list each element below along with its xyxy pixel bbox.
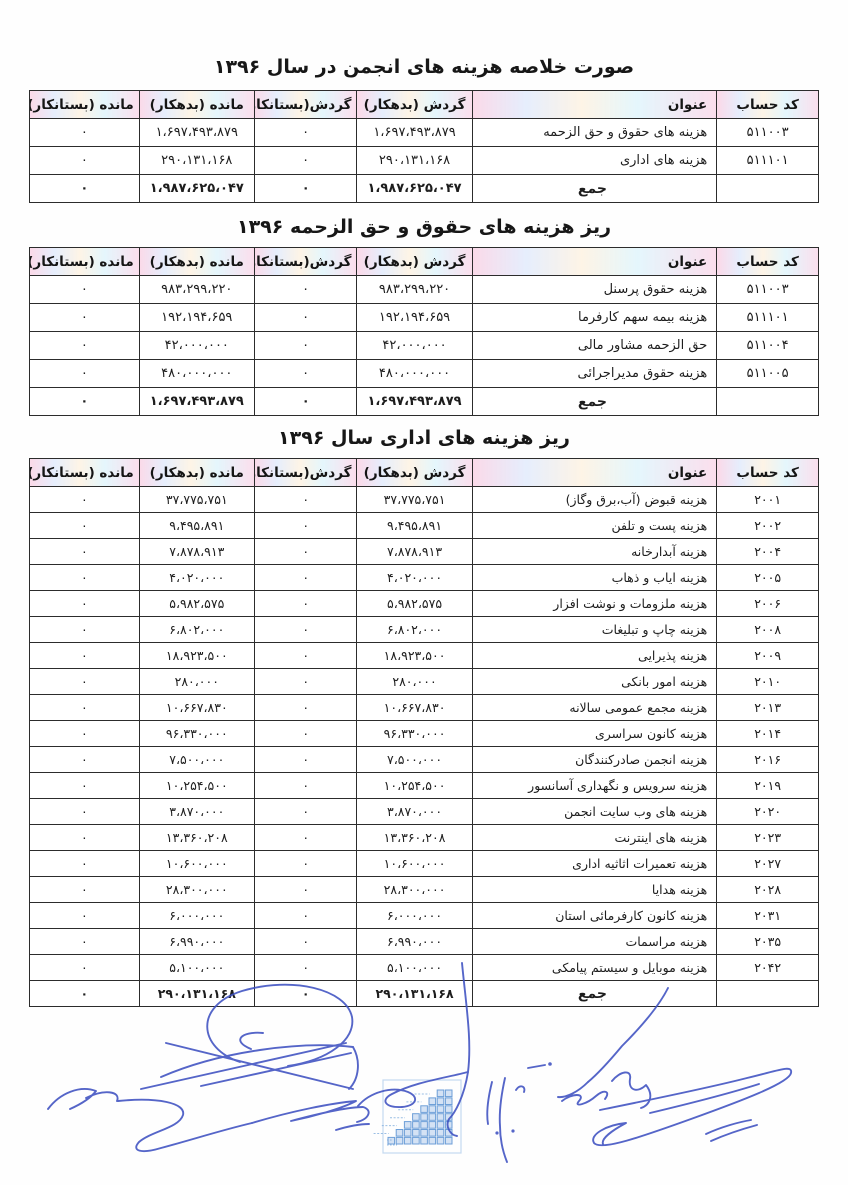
table-row: ۲۰۱۴هزینه کانون سراسری۹۶،۳۳۰،۰۰۰۰۹۶،۳۳۰،… <box>30 721 819 747</box>
balance-credit-cell: ۰ <box>30 877 140 903</box>
signature-left-hook <box>240 1033 358 1089</box>
expense-title-cell: هزینه حقوق پرسنل <box>472 276 717 304</box>
turnover-debit-cell: ۶،۰۰۰،۰۰۰ <box>357 903 472 929</box>
table-row: ۲۰۰۵هزینه ایاب و ذهاب۴،۰۲۰،۰۰۰۰۴،۰۲۰،۰۰۰… <box>30 565 819 591</box>
salary-table-wrap: کد حسابعنوانگردش (بدهکار)گردش(بستانکار)م… <box>29 247 819 416</box>
signature-right-double-dash <box>706 1120 757 1141</box>
turnover-credit-cell: ۰ <box>254 721 357 747</box>
balance-credit-cell: ۰ <box>30 276 140 304</box>
turnover-debit-cell: ۴۸۰،۰۰۰،۰۰۰ <box>357 360 472 388</box>
admin-table-wrap: کد حسابعنوانگردش (بدهکار)گردش(بستانکار)م… <box>29 458 819 1007</box>
col-header-title: عنوان <box>472 459 717 487</box>
account-code-cell: ۲۰۳۵ <box>717 929 819 955</box>
balance-credit-cell: ۰ <box>30 539 140 565</box>
expense-title-cell: حق الزحمه مشاور مالی <box>472 332 717 360</box>
account-code-cell: ۵۱۱۰۰۵ <box>717 360 819 388</box>
expense-title-cell: هزینه امور بانکی <box>472 669 717 695</box>
balance-credit-cell: ۰ <box>30 360 140 388</box>
account-code-cell: ۲۰۲۷ <box>717 851 819 877</box>
turnover-credit-cell: ۰ <box>254 617 357 643</box>
turnover-credit-cell: ۰ <box>254 981 357 1007</box>
balance-credit-cell: ۰ <box>30 643 140 669</box>
turnover-debit-cell: ۱۸،۹۲۳،۵۰۰ <box>357 643 472 669</box>
handwriting-right-small <box>558 1072 650 1108</box>
summary-table-wrap: کد حسابعنوانگردش (بدهکار)گردش(بستانکار)م… <box>29 90 819 203</box>
turnover-credit-cell: ۰ <box>254 360 357 388</box>
table-row: ۲۰۲۷هزینه تعمیرات اثاثیه اداری۱۰،۶۰۰،۰۰۰… <box>30 851 819 877</box>
expense-title-cell: هزینه پست و تلفن <box>472 513 717 539</box>
scanned-document-page: صورت خلاصه هزینه های انجمن در سال ۱۳۹۶ ک… <box>0 0 848 1185</box>
table-row: ۲۰۰۲هزینه پست و تلفن۹،۴۹۵،۸۹۱۰۹،۴۹۵،۸۹۱۰ <box>30 513 819 539</box>
total-label-cell: جمع <box>472 388 717 416</box>
expense-title-cell: هزینه کانون سراسری <box>472 721 717 747</box>
admin-detail-section: ریز هزینه های اداری سال ۱۳۹۶ کد حسابعنوا… <box>0 427 848 1007</box>
col-header-account-code: کد حساب <box>717 91 819 119</box>
balance-debit-cell: ۱۰،۶۰۰،۰۰۰ <box>139 851 254 877</box>
col-header-balance-credit: مانده (بستانکار) <box>30 248 140 276</box>
signature-center-swoosh <box>358 1072 468 1107</box>
account-code-cell: ۲۰۱۰ <box>717 669 819 695</box>
expense-title-cell: هزینه چاپ و تبلیغات <box>472 617 717 643</box>
turnover-debit-cell: ۱،۶۹۷،۴۹۳،۸۷۹ <box>357 388 472 416</box>
turnover-credit-cell: ۰ <box>254 695 357 721</box>
balance-debit-cell: ۹۶،۳۳۰،۰۰۰ <box>139 721 254 747</box>
balance-credit-cell: ۰ <box>30 929 140 955</box>
expense-title-cell: هزینه های اینترنت <box>472 825 717 851</box>
turnover-debit-cell: ۱۹۲،۱۹۴،۶۵۹ <box>357 304 472 332</box>
table-row: ۲۰۰۱هزینه قبوض (آب،برق وگاز)۳۷،۷۷۵،۷۵۱۰۳… <box>30 487 819 513</box>
account-code-cell: ۲۰۰۹ <box>717 643 819 669</box>
turnover-credit-cell: ۰ <box>254 388 357 416</box>
turnover-credit-cell: ۰ <box>254 929 357 955</box>
table-row: ۲۰۰۸هزینه چاپ و تبلیغات۶،۸۰۲،۰۰۰۰۶،۸۰۲،۰… <box>30 617 819 643</box>
summary-expenses-table: کد حسابعنوانگردش (بدهکار)گردش(بستانکار)م… <box>29 90 819 203</box>
turnover-debit-cell: ۹۸۳،۲۹۹،۲۲۰ <box>357 276 472 304</box>
balance-credit-cell: ۰ <box>30 175 140 203</box>
table-row: ۲۰۲۰هزینه های وب سایت انجمن۳،۸۷۰،۰۰۰۰۳،۸… <box>30 799 819 825</box>
total-row: جمع۱،۶۹۷،۴۹۳،۸۷۹۰۱،۶۹۷،۴۹۳،۸۷۹۰ <box>30 388 819 416</box>
ink-dot <box>548 1062 552 1066</box>
table-row: ۵۱۱۱۰۱هزینه بیمه سهم کارفرما۱۹۲،۱۹۴،۶۵۹۰… <box>30 304 819 332</box>
expense-title-cell: هزینه پذیرایی <box>472 643 717 669</box>
turnover-credit-cell: ۰ <box>254 175 357 203</box>
account-code-cell <box>717 981 819 1007</box>
table-row: ۲۰۱۰هزینه امور بانکی۲۸۰،۰۰۰۰۲۸۰،۰۰۰۰ <box>30 669 819 695</box>
expense-title-cell: هزینه مراسمات <box>472 929 717 955</box>
table-row: ۲۰۳۵هزینه مراسمات۶،۹۹۰،۰۰۰۰۶،۹۹۰،۰۰۰۰ <box>30 929 819 955</box>
col-header-balance-debit: مانده (بدهکار) <box>139 248 254 276</box>
total-label-cell: جمع <box>472 981 717 1007</box>
balance-debit-cell: ۴۸۰،۰۰۰،۰۰۰ <box>139 360 254 388</box>
balance-credit-cell: ۰ <box>30 955 140 981</box>
balance-credit-cell: ۰ <box>30 565 140 591</box>
table-row: ۲۰۱۹هزینه سرویس و نگهداری آسانسور۱۰،۲۵۴،… <box>30 773 819 799</box>
turnover-debit-cell: ۷،۵۰۰،۰۰۰ <box>357 747 472 773</box>
total-row: جمع۲۹۰،۱۳۱،۱۶۸۰۲۹۰،۱۳۱،۱۶۸۰ <box>30 981 819 1007</box>
balance-credit-cell: ۰ <box>30 119 140 147</box>
table-row: ۲۰۱۶هزینه انجمن صادرکنندگان۷،۵۰۰،۰۰۰۰۷،۵… <box>30 747 819 773</box>
turnover-credit-cell: ۰ <box>254 747 357 773</box>
account-code-cell <box>717 388 819 416</box>
balance-debit-cell: ۲۹۰،۱۳۱،۱۶۸ <box>139 981 254 1007</box>
balance-debit-cell: ۶،۸۰۲،۰۰۰ <box>139 617 254 643</box>
ink-dash <box>528 1065 545 1068</box>
col-header-balance-debit: مانده (بدهکار) <box>139 91 254 119</box>
balance-debit-cell: ۵،۱۰۰،۰۰۰ <box>139 955 254 981</box>
balance-debit-cell: ۴،۰۲۰،۰۰۰ <box>139 565 254 591</box>
table-row: ۲۰۴۲هزینه موبایل و سیستم پیامکی۵،۱۰۰،۰۰۰… <box>30 955 819 981</box>
balance-credit-cell: ۰ <box>30 747 140 773</box>
turnover-credit-cell: ۰ <box>254 903 357 929</box>
balance-debit-cell: ۱،۶۹۷،۴۹۳،۸۷۹ <box>139 388 254 416</box>
col-header-turnover-debit: گردش (بدهکار) <box>357 91 472 119</box>
balance-debit-cell: ۱۹۲،۱۹۴،۶۵۹ <box>139 304 254 332</box>
balance-debit-cell: ۹۸۳،۲۹۹،۲۲۰ <box>139 276 254 304</box>
turnover-debit-cell: ۳،۸۷۰،۰۰۰ <box>357 799 472 825</box>
table-row: ۲۰۰۴هزینه آبدارخانه۷،۸۷۸،۹۱۳۰۷،۸۷۸،۹۱۳۰ <box>30 539 819 565</box>
balance-debit-cell: ۳،۸۷۰،۰۰۰ <box>139 799 254 825</box>
turnover-debit-cell: ۷،۸۷۸،۹۱۳ <box>357 539 472 565</box>
turnover-debit-cell: ۱،۶۹۷،۴۹۳،۸۷۹ <box>357 119 472 147</box>
balance-credit-cell: ۰ <box>30 617 140 643</box>
balance-debit-cell: ۱۸،۹۲۳،۵۰۰ <box>139 643 254 669</box>
expense-title-cell: هزینه بیمه سهم کارفرما <box>472 304 717 332</box>
table-row: ۵۱۱۰۰۳هزینه حقوق پرسنل۹۸۳،۲۹۹،۲۲۰۰۹۸۳،۲۹… <box>30 276 819 304</box>
turnover-debit-cell: ۹،۴۹۵،۸۹۱ <box>357 513 472 539</box>
expense-title-cell: هزینه های وب سایت انجمن <box>472 799 717 825</box>
signature-right-sweep <box>593 1069 791 1146</box>
account-code-cell: ۲۰۴۲ <box>717 955 819 981</box>
table-row: ۲۰۰۶هزینه ملزومات و نوشت افزار۵،۹۸۲،۵۷۵۰… <box>30 591 819 617</box>
turnover-debit-cell: ۲۹۰،۱۳۱،۱۶۸ <box>357 147 472 175</box>
ink-dot <box>495 1131 498 1134</box>
admin-table-title: ریز هزینه های اداری سال ۱۳۹۶ <box>0 427 848 449</box>
turnover-debit-cell: ۱۰،۶۶۷،۸۳۰ <box>357 695 472 721</box>
balance-credit-cell: ۰ <box>30 591 140 617</box>
expense-title-cell: هزینه هدایا <box>472 877 717 903</box>
summary-section: صورت خلاصه هزینه های انجمن در سال ۱۳۹۶ ک… <box>0 56 848 203</box>
turnover-credit-cell: ۰ <box>254 513 357 539</box>
expense-title-cell: هزینه آبدارخانه <box>472 539 717 565</box>
account-code-cell: ۵۱۱۱۰۱ <box>717 304 819 332</box>
turnover-credit-cell: ۰ <box>254 851 357 877</box>
account-code-cell: ۲۰۱۴ <box>717 721 819 747</box>
ink-dot <box>511 1129 514 1132</box>
account-code-cell: ۲۰۱۹ <box>717 773 819 799</box>
account-code-cell: ۵۱۱۰۰۴ <box>717 332 819 360</box>
handwriting-center-marks <box>487 1078 524 1162</box>
col-header-title: عنوان <box>472 248 717 276</box>
col-header-turnover-credit: گردش(بستانکار) <box>254 91 357 119</box>
account-code-cell: ۲۰۰۸ <box>717 617 819 643</box>
blue-building-stamp <box>374 1080 461 1153</box>
col-header-turnover-debit: گردش (بدهکار) <box>357 459 472 487</box>
table-row: ۲۰۲۳هزینه های اینترنت۱۳،۳۶۰،۲۰۸۰۱۳،۳۶۰،۲… <box>30 825 819 851</box>
total-label-cell: جمع <box>472 175 717 203</box>
balance-credit-cell: ۰ <box>30 487 140 513</box>
table-row: ۵۱۱۰۰۵هزینه حقوق مدیراجرائی۴۸۰،۰۰۰،۰۰۰۰۴… <box>30 360 819 388</box>
account-code-cell: ۵۱۱۰۰۳ <box>717 119 819 147</box>
balance-credit-cell: ۰ <box>30 721 140 747</box>
header-row: کد حسابعنوانگردش (بدهکار)گردش(بستانکار)م… <box>30 91 819 119</box>
balance-debit-cell: ۴۲،۰۰۰،۰۰۰ <box>139 332 254 360</box>
balance-debit-cell: ۶،۰۰۰،۰۰۰ <box>139 903 254 929</box>
balance-debit-cell: ۲۸،۳۰۰،۰۰۰ <box>139 877 254 903</box>
table-row: ۵۱۱۰۰۴حق الزحمه مشاور مالی۴۲،۰۰۰،۰۰۰۰۴۲،… <box>30 332 819 360</box>
signature-left-wave <box>252 1101 369 1130</box>
expense-title-cell: هزینه کانون کارفرمائی استان <box>472 903 717 929</box>
account-code-cell: ۲۰۳۱ <box>717 903 819 929</box>
turnover-credit-cell: ۰ <box>254 669 357 695</box>
account-code-cell: ۵۱۱۰۰۳ <box>717 276 819 304</box>
signature-left-sloop <box>118 1100 252 1151</box>
total-row: جمع۱،۹۸۷،۶۲۵،۰۴۷۰۱،۹۸۷،۶۲۵،۰۴۷۰ <box>30 175 819 203</box>
col-header-balance-credit: مانده (بستانکار) <box>30 91 140 119</box>
balance-debit-cell: ۶،۹۹۰،۰۰۰ <box>139 929 254 955</box>
account-code-cell: ۲۰۲۰ <box>717 799 819 825</box>
turnover-credit-cell: ۰ <box>254 565 357 591</box>
col-header-account-code: کد حساب <box>717 459 819 487</box>
col-header-account-code: کد حساب <box>717 248 819 276</box>
turnover-credit-cell: ۰ <box>254 487 357 513</box>
expense-title-cell: هزینه های اداری <box>472 147 717 175</box>
table-row: ۵۱۱۱۰۱هزینه های اداری۲۹۰،۱۳۱،۱۶۸۰۲۹۰،۱۳۱… <box>30 147 819 175</box>
turnover-debit-cell: ۱،۹۸۷،۶۲۵،۰۴۷ <box>357 175 472 203</box>
col-header-turnover-credit: گردش(بستانکار) <box>254 459 357 487</box>
summary-table-title: صورت خلاصه هزینه های انجمن در سال ۱۳۹۶ <box>0 56 848 78</box>
expense-title-cell: هزینه های حقوق و حق الزحمه <box>472 119 717 147</box>
turnover-credit-cell: ۰ <box>254 955 357 981</box>
signature-right-inner <box>650 1084 759 1113</box>
turnover-debit-cell: ۵،۱۰۰،۰۰۰ <box>357 955 472 981</box>
col-header-turnover-credit: گردش(بستانکار) <box>254 248 357 276</box>
balance-debit-cell: ۷،۸۷۸،۹۱۳ <box>139 539 254 565</box>
expense-title-cell: هزینه ایاب و ذهاب <box>472 565 717 591</box>
balance-credit-cell: ۰ <box>30 903 140 929</box>
turnover-credit-cell: ۰ <box>254 119 357 147</box>
salary-detail-section: ریز هزینه های حقوق و حق الزحمه ۱۳۹۶ کد ح… <box>0 216 848 416</box>
turnover-credit-cell: ۰ <box>254 332 357 360</box>
balance-credit-cell: ۰ <box>30 773 140 799</box>
account-code-cell: ۲۰۰۲ <box>717 513 819 539</box>
header-row: کد حسابعنوانگردش (بدهکار)گردش(بستانکار)م… <box>30 248 819 276</box>
account-code-cell: ۵۱۱۱۰۱ <box>717 147 819 175</box>
turnover-credit-cell: ۰ <box>254 591 357 617</box>
turnover-debit-cell: ۹۶،۳۳۰،۰۰۰ <box>357 721 472 747</box>
account-code-cell: ۲۰۱۶ <box>717 747 819 773</box>
account-code-cell: ۲۰۰۶ <box>717 591 819 617</box>
turnover-credit-cell: ۰ <box>254 304 357 332</box>
turnover-credit-cell: ۰ <box>254 773 357 799</box>
balance-credit-cell: ۰ <box>30 981 140 1007</box>
account-code-cell: ۲۰۰۱ <box>717 487 819 513</box>
balance-debit-cell: ۱۰،۲۵۴،۵۰۰ <box>139 773 254 799</box>
col-header-balance-debit: مانده (بدهکار) <box>139 459 254 487</box>
account-code-cell: ۲۰۰۴ <box>717 539 819 565</box>
expense-title-cell: هزینه حقوق مدیراجرائی <box>472 360 717 388</box>
col-header-title: عنوان <box>472 91 717 119</box>
table-row: ۲۰۲۸هزینه هدایا۲۸،۳۰۰،۰۰۰۰۲۸،۳۰۰،۰۰۰۰ <box>30 877 819 903</box>
salary-expenses-table: کد حسابعنوانگردش (بدهکار)گردش(بستانکار)م… <box>29 247 819 416</box>
balance-credit-cell: ۰ <box>30 825 140 851</box>
balance-credit-cell: ۰ <box>30 695 140 721</box>
turnover-credit-cell: ۰ <box>254 877 357 903</box>
balance-debit-cell: ۱،۹۸۷،۶۲۵،۰۴۷ <box>139 175 254 203</box>
expense-title-cell: هزینه انجمن صادرکنندگان <box>472 747 717 773</box>
account-code-cell: ۲۰۰۵ <box>717 565 819 591</box>
turnover-credit-cell: ۰ <box>254 825 357 851</box>
account-code-cell <box>717 175 819 203</box>
header-row: کد حسابعنوانگردش (بدهکار)گردش(بستانکار)م… <box>30 459 819 487</box>
account-code-cell: ۲۰۲۸ <box>717 877 819 903</box>
balance-debit-cell: ۱۰،۶۶۷،۸۳۰ <box>139 695 254 721</box>
expense-title-cell: هزینه موبایل و سیستم پیامکی <box>472 955 717 981</box>
expense-title-cell: هزینه قبوض (آب،برق وگاز) <box>472 487 717 513</box>
turnover-credit-cell: ۰ <box>254 276 357 304</box>
turnover-debit-cell: ۴،۰۲۰،۰۰۰ <box>357 565 472 591</box>
turnover-debit-cell: ۱۰،۶۰۰،۰۰۰ <box>357 851 472 877</box>
turnover-debit-cell: ۵،۹۸۲،۵۷۵ <box>357 591 472 617</box>
turnover-debit-cell: ۲۸،۳۰۰،۰۰۰ <box>357 877 472 903</box>
expense-title-cell: هزینه مجمع عمومی سالانه <box>472 695 717 721</box>
balance-credit-cell: ۰ <box>30 304 140 332</box>
table-row: ۲۰۱۳هزینه مجمع عمومی سالانه۱۰،۶۶۷،۸۳۰۰۱۰… <box>30 695 819 721</box>
balance-debit-cell: ۵،۹۸۲،۵۷۵ <box>139 591 254 617</box>
turnover-credit-cell: ۰ <box>254 147 357 175</box>
table-row: ۲۰۰۹هزینه پذیرایی۱۸،۹۲۳،۵۰۰۰۱۸،۹۲۳،۵۰۰۰ <box>30 643 819 669</box>
table-row: ۲۰۳۱هزینه کانون کارفرمائی استان۶،۰۰۰،۰۰۰… <box>30 903 819 929</box>
expense-title-cell: هزینه سرویس و نگهداری آسانسور <box>472 773 717 799</box>
turnover-credit-cell: ۰ <box>254 799 357 825</box>
balance-credit-cell: ۰ <box>30 332 140 360</box>
balance-credit-cell: ۰ <box>30 513 140 539</box>
expense-title-cell: هزینه تعمیرات اثاثیه اداری <box>472 851 717 877</box>
turnover-credit-cell: ۰ <box>254 539 357 565</box>
turnover-debit-cell: ۳۷،۷۷۵،۷۵۱ <box>357 487 472 513</box>
turnover-debit-cell: ۱۳،۳۶۰،۲۰۸ <box>357 825 472 851</box>
balance-credit-cell: ۰ <box>30 147 140 175</box>
signature-left-zigzag <box>141 1043 353 1089</box>
turnover-debit-cell: ۲۹۰،۱۳۱،۱۶۸ <box>357 981 472 1007</box>
turnover-debit-cell: ۴۲،۰۰۰،۰۰۰ <box>357 332 472 360</box>
salary-table-title: ریز هزینه های حقوق و حق الزحمه ۱۳۹۶ <box>0 216 848 238</box>
turnover-debit-cell: ۶،۹۹۰،۰۰۰ <box>357 929 472 955</box>
table-row: ۵۱۱۰۰۳هزینه های حقوق و حق الزحمه۱،۶۹۷،۴۹… <box>30 119 819 147</box>
col-header-balance-credit: مانده (بستانکار) <box>30 459 140 487</box>
turnover-debit-cell: ۱۰،۲۵۴،۵۰۰ <box>357 773 472 799</box>
balance-debit-cell: ۱۳،۳۶۰،۲۰۸ <box>139 825 254 851</box>
balance-debit-cell: ۹،۴۹۵،۸۹۱ <box>139 513 254 539</box>
balance-debit-cell: ۲۸۰،۰۰۰ <box>139 669 254 695</box>
balance-debit-cell: ۷،۵۰۰،۰۰۰ <box>139 747 254 773</box>
balance-credit-cell: ۰ <box>30 388 140 416</box>
turnover-credit-cell: ۰ <box>254 643 357 669</box>
col-header-turnover-debit: گردش (بدهکار) <box>357 248 472 276</box>
signature-left-start <box>48 1089 118 1109</box>
account-code-cell: ۲۰۱۳ <box>717 695 819 721</box>
turnover-debit-cell: ۲۸۰،۰۰۰ <box>357 669 472 695</box>
account-code-cell: ۲۰۲۳ <box>717 825 819 851</box>
balance-credit-cell: ۰ <box>30 799 140 825</box>
expense-title-cell: هزینه ملزومات و نوشت افزار <box>472 591 717 617</box>
balance-credit-cell: ۰ <box>30 851 140 877</box>
balance-credit-cell: ۰ <box>30 669 140 695</box>
balance-debit-cell: ۱،۶۹۷،۴۹۳،۸۷۹ <box>139 119 254 147</box>
balance-debit-cell: ۲۹۰،۱۳۱،۱۶۸ <box>139 147 254 175</box>
balance-debit-cell: ۳۷،۷۷۵،۷۵۱ <box>139 487 254 513</box>
turnover-debit-cell: ۶،۸۰۲،۰۰۰ <box>357 617 472 643</box>
admin-expenses-table: کد حسابعنوانگردش (بدهکار)گردش(بستانکار)م… <box>29 458 819 1007</box>
